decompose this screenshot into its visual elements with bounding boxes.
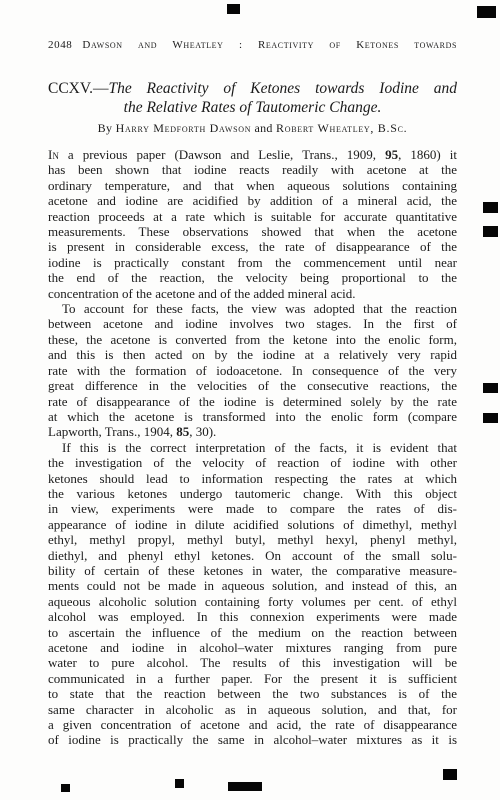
body-line: measurements. These observations showed … xyxy=(48,224,457,239)
article-title-line1-text: The Reactivity of Ketones towards Iodine… xyxy=(108,80,457,97)
body-line: a given concentration of acetone and aci… xyxy=(48,717,457,732)
body-line: to state that the reaction between the t… xyxy=(48,686,457,701)
document-page: 2048 Dawson and Wheatley : Reactivity of… xyxy=(0,0,500,800)
body-line: To account for these facts, the view was… xyxy=(48,301,457,316)
body-line: rate with the formation of iodoacetone. … xyxy=(48,363,457,378)
body-text: In a previous paper (Dawson and Leslie, … xyxy=(48,147,457,748)
running-title: Dawson and Wheatley : Reactivity of Keto… xyxy=(82,38,457,52)
body-line: appearance of iodine in dilute acidified… xyxy=(48,517,457,532)
article-title-line2: the Relative Rates of Tautomeric Change. xyxy=(48,99,457,118)
body-line: alcohol was employed. In this connexion … xyxy=(48,609,457,624)
byline-and: and xyxy=(255,121,273,135)
running-head: 2048 Dawson and Wheatley : Reactivity of… xyxy=(48,38,457,52)
scan-artifact xyxy=(483,202,498,213)
body-line: In a previous paper (Dawson and Leslie, … xyxy=(48,147,457,162)
author-2: Robert Wheatley, B.Sc. xyxy=(276,121,407,135)
scan-artifact xyxy=(61,784,70,792)
body-line: and this is then acted on by the iodine … xyxy=(48,347,457,362)
body-line: the investigation of the velocity of rea… xyxy=(48,455,457,470)
body-line: communicated in a further paper. For the… xyxy=(48,671,457,686)
scan-artifact xyxy=(477,6,496,18)
body-line: ethyl, methyl propyl, methyl butyl, meth… xyxy=(48,532,457,547)
body-line: iodine is practically constant from the … xyxy=(48,255,457,270)
article-title: CCXV.—The Reactivity of Ketones towards … xyxy=(48,80,457,117)
body-line: to ascertain the influence of the medium… xyxy=(48,625,457,640)
body-line: If this is the correct interpretation of… xyxy=(48,440,457,455)
scan-artifact xyxy=(228,782,262,791)
body-line: great difference in the velocities of th… xyxy=(48,378,457,393)
author-1: Harry Medforth Dawson xyxy=(116,121,252,135)
body-line: at which the acetone is transformed into… xyxy=(48,409,457,424)
article-number: CCXV.— xyxy=(48,80,108,97)
body-line: ordinary temperature, and that when aque… xyxy=(48,178,457,193)
body-line: Lapworth, Trans., 1904, 85, 30). xyxy=(48,424,457,439)
body-line: diethyl, and phenyl ethyl ketones. On ac… xyxy=(48,548,457,563)
body-line: ments could not be made in aqueous solut… xyxy=(48,578,457,593)
body-line: same character in alcoholic as in aqueou… xyxy=(48,702,457,717)
page-number: 2048 xyxy=(48,38,72,52)
body-line: bility of certain of these ketones in wa… xyxy=(48,563,457,578)
scan-artifact xyxy=(483,226,498,237)
body-line: the various ketones undergo tautomeric c… xyxy=(48,486,457,501)
scan-artifact xyxy=(175,779,184,788)
body-line: reaction proceeds at a rate which is sui… xyxy=(48,209,457,224)
body-line: is present in considerable excess, the r… xyxy=(48,239,457,254)
body-line: between acetone and iodine involves two … xyxy=(48,316,457,331)
body-line: concentration of the acetone and of the … xyxy=(48,286,457,301)
body-line: in view, experiments were made to compar… xyxy=(48,501,457,516)
article-title-line1: CCXV.—The Reactivity of Ketones towards … xyxy=(48,80,457,99)
byline: By Harry Medforth Dawson and Robert Whea… xyxy=(48,121,457,136)
scan-artifact xyxy=(483,383,498,393)
body-line: water to pure alcohol. The results of th… xyxy=(48,655,457,670)
body-line: of iodine is practically the same in alc… xyxy=(48,732,457,747)
byline-by: By xyxy=(98,121,113,135)
body-line: these, the acetone is converted from the… xyxy=(48,332,457,347)
scan-artifact xyxy=(483,413,498,423)
scan-artifact xyxy=(227,4,240,14)
running-title-wrap: Dawson and Wheatley : Reactivity of Keto… xyxy=(82,38,457,52)
body-line: aqueous alcoholic solution containing fo… xyxy=(48,594,457,609)
scan-artifact xyxy=(443,769,457,780)
body-line: has been shown that iodine reacts readil… xyxy=(48,162,457,177)
body-line: acetone and iodine in alcohol–water mixt… xyxy=(48,640,457,655)
body-line: the end of the reaction, the velocity be… xyxy=(48,270,457,285)
body-line: acetone and iodine are acidified by addi… xyxy=(48,193,457,208)
body-line: rate of disappearance of the iodine is d… xyxy=(48,394,457,409)
body-line: ketones should lead to information respe… xyxy=(48,471,457,486)
